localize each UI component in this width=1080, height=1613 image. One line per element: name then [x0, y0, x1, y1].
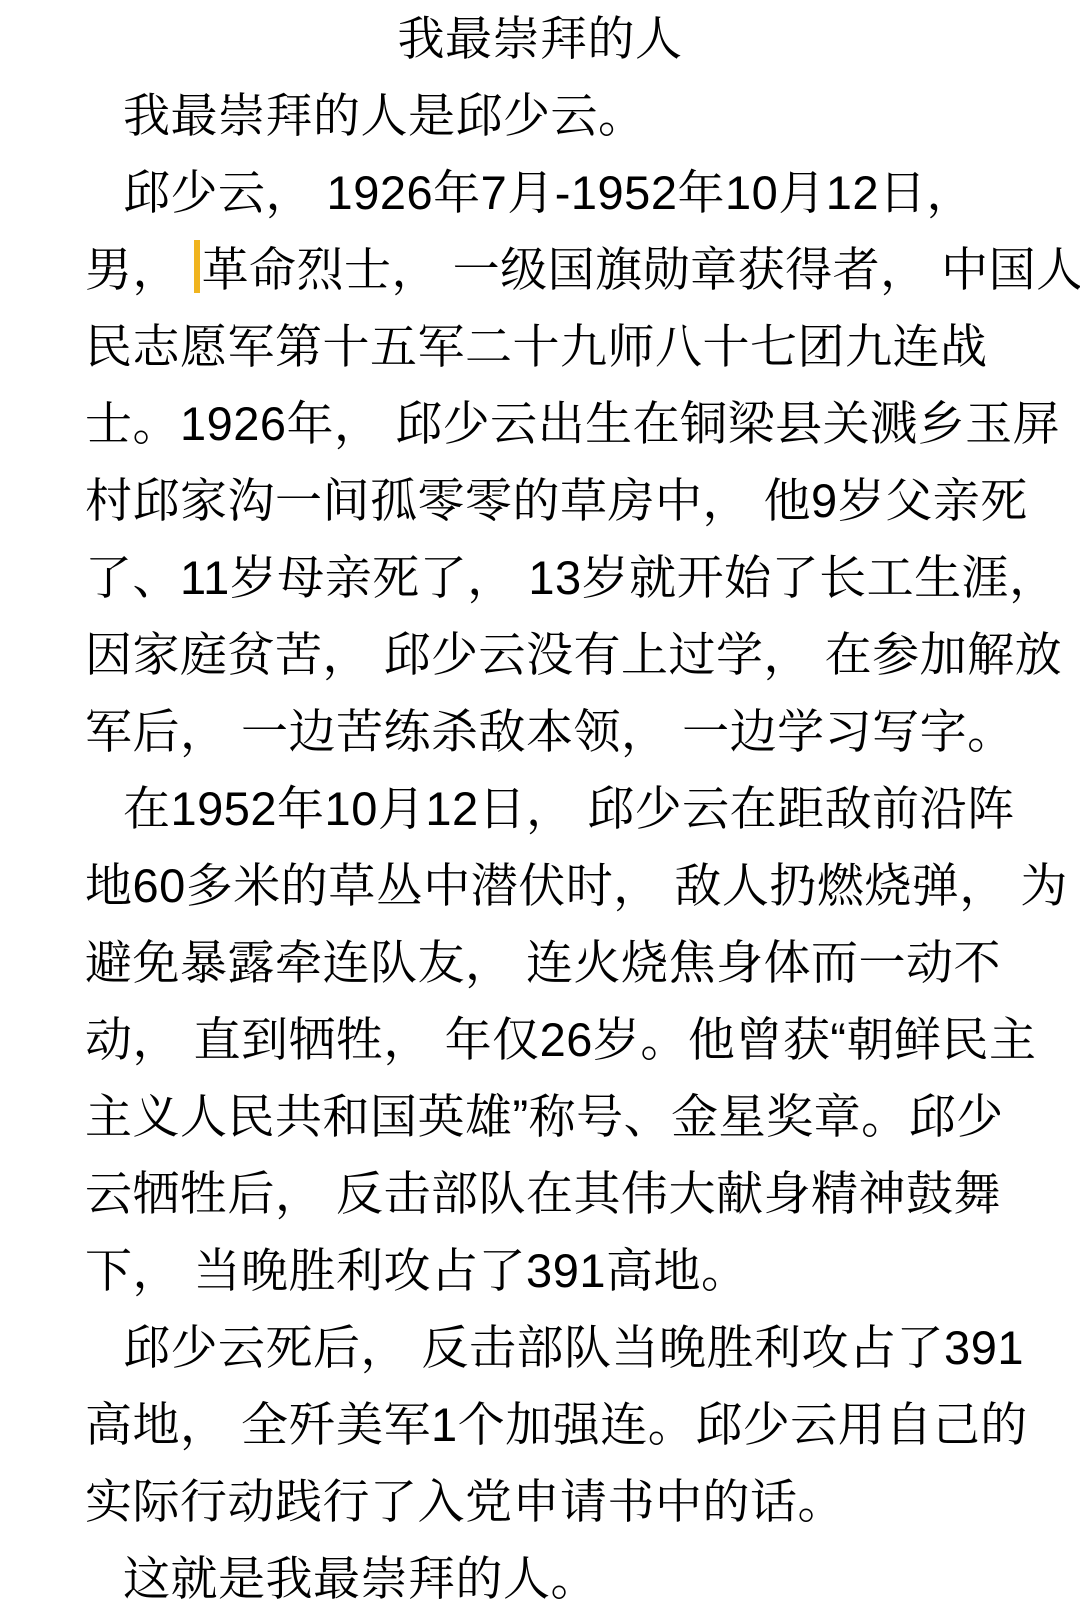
- text-after-cursor: 革命烈士， 一级国旗勋章获得者， 中国人: [202, 243, 1080, 296]
- document-page[interactable]: 我最崇拜的人 我最崇拜的人是邱少云。 邱少云， 1926年7月-1952年10月…: [0, 0, 1080, 1613]
- text-line[interactable]: 因家庭贫苦， 邱少云没有上过学， 在参加解放: [0, 616, 1080, 693]
- text-line[interactable]: 在1952年10月12日， 邱少云在距敌前沿阵: [0, 770, 1080, 847]
- text-line[interactable]: 实际行动践行了入党申请书中的话。: [0, 1463, 1080, 1540]
- text-line[interactable]: 民志愿军第十五军二十九师八十七团九连战: [0, 308, 1080, 385]
- text-line[interactable]: 云牺牲后， 反击部队在其伟大献身精神鼓舞: [0, 1155, 1080, 1232]
- text-line[interactable]: 动， 直到牺牲， 年仅26岁。他曾获“朝鲜民主: [0, 1001, 1080, 1078]
- text-line[interactable]: 地60多米的草丛中潜伏时， 敌人扔燃烧弹， 为: [0, 847, 1080, 924]
- text-line[interactable]: 这就是我最崇拜的人。: [0, 1540, 1080, 1613]
- text-line[interactable]: 避免暴露牵连队友， 连火烧焦身体而一动不: [0, 924, 1080, 1001]
- text-line[interactable]: 主义人民共和国英雄”称号、金星奖章。邱少: [0, 1078, 1080, 1155]
- text-line[interactable]: 了、11岁母亲死了， 13岁就开始了长工生涯，: [0, 539, 1080, 616]
- text-before-cursor: 男，: [85, 243, 194, 296]
- essay-title: 我最崇拜的人: [0, 0, 1080, 77]
- text-line[interactable]: 高地， 全歼美军1个加强连。邱少云用自己的: [0, 1386, 1080, 1463]
- text-line[interactable]: 我最崇拜的人是邱少云。: [0, 77, 1080, 154]
- text-line[interactable]: 军后， 一边苦练杀敌本领， 一边学习写字。: [0, 693, 1080, 770]
- text-line-with-cursor[interactable]: 男， 革命烈士， 一级国旗勋章获得者， 中国人: [0, 231, 1080, 308]
- text-line[interactable]: 下， 当晚胜利攻占了391高地。: [0, 1232, 1080, 1309]
- text-line[interactable]: 村邱家沟一间孤零零的草房中， 他9岁父亲死: [0, 462, 1080, 539]
- text-cursor: [194, 240, 200, 293]
- text-line[interactable]: 邱少云死后， 反击部队当晚胜利攻占了391: [0, 1309, 1080, 1386]
- text-line[interactable]: 邱少云， 1926年7月-1952年10月12日，: [0, 154, 1080, 231]
- text-line[interactable]: 士。1926年， 邱少云出生在铜梁县关溅乡玉屏: [0, 385, 1080, 462]
